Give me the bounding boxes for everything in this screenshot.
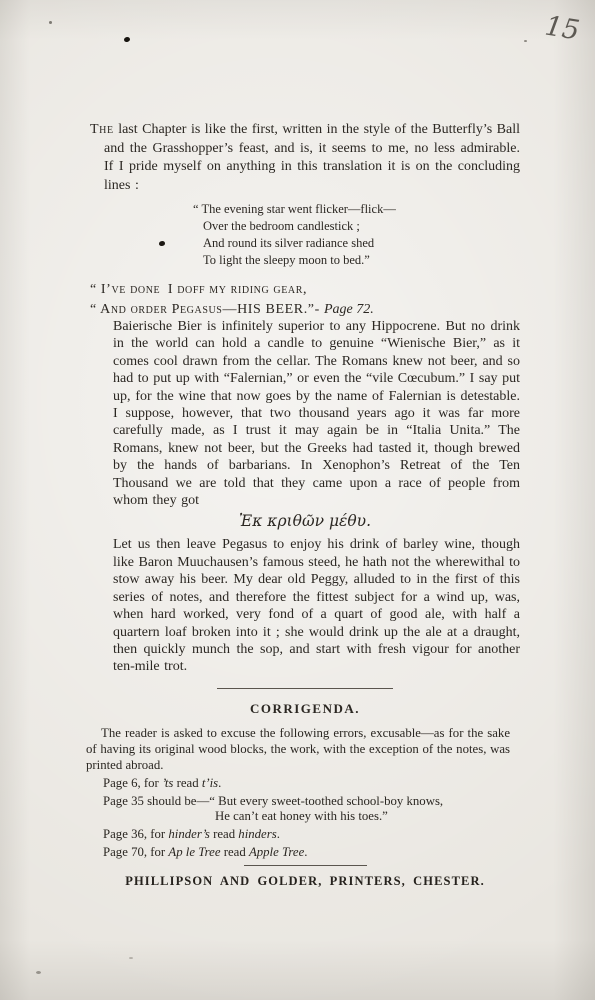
attribution-text: “ I’ve done I doff my riding gear, xyxy=(90,282,307,297)
printer-imprint: PHILLIPSON AND GOLDER, PRINTERS, CHESTER… xyxy=(90,874,520,889)
ink-spot xyxy=(123,36,130,42)
verse-line: Over the bedroom candlestick ; xyxy=(203,218,520,235)
correction-text: read xyxy=(173,776,201,790)
correction-text: read xyxy=(221,845,249,859)
attribution-text: “ And order Pegasus—HIS BEER.”- xyxy=(90,302,324,317)
section-divider xyxy=(217,688,393,689)
corrigenda-list: Page 6, for ’ts read t’is. Page 35 shoul… xyxy=(103,776,520,860)
correction-text: . xyxy=(277,827,280,841)
handwritten-page-number: 15 xyxy=(543,11,582,47)
verse-quote: “ The evening star went flicker—flick— O… xyxy=(193,201,520,269)
correction-error: ’ts xyxy=(162,776,173,790)
verse-line: “ The evening star went flicker—flick— xyxy=(193,201,520,218)
correction-text: Page 36, for xyxy=(103,827,168,841)
ink-speck xyxy=(49,21,52,24)
greek-phrase: Ἐκ κριθῶν μέθυ. xyxy=(90,511,520,531)
attribution-line-1: “ I’ve done I doff my riding gear, xyxy=(90,280,520,300)
corrigenda-heading: CORRIGENDA. xyxy=(90,701,520,717)
correction-fix: t’is xyxy=(202,776,218,790)
correction-error: Ap le Tree xyxy=(168,845,220,859)
correction-text: Page 70, for xyxy=(103,845,168,859)
intro-paragraph: The last Chapter is like the first, writ… xyxy=(104,121,520,195)
correction-text: Page 35 should be—“ But every sweet-toot… xyxy=(103,794,443,808)
corrigenda-intro: The reader is asked to excuse the follow… xyxy=(86,725,510,773)
correction-fix: hinders xyxy=(238,827,276,841)
correction-fix: Apple Tree xyxy=(249,845,304,859)
corrigenda-item-1: Page 6, for ’ts read t’is. xyxy=(103,776,520,791)
correction-text: Page 6, for xyxy=(103,776,162,790)
ink-speck xyxy=(36,971,41,974)
corrigenda-item-3: Page 36, for hinder’s read hinders. xyxy=(103,827,520,842)
intro-text: last Chapter is like the first, written … xyxy=(104,122,520,193)
quote-attribution: “ I’ve done I doff my riding gear, “ And… xyxy=(90,280,520,320)
page-content: The last Chapter is like the first, writ… xyxy=(90,121,520,889)
correction-text: read xyxy=(210,827,238,841)
correction-quote-line: He can’t eat honey with his toes.” xyxy=(215,809,520,824)
corrigenda-item-2: Page 35 should be—“ But every sweet-toot… xyxy=(103,794,520,824)
ink-speck xyxy=(524,40,527,42)
verse-line: And round its silver radiance shed xyxy=(203,235,520,252)
correction-error: hinder’s xyxy=(168,827,209,841)
note-paragraph-pegasus: Let us then leave Pegasus to enjoy his d… xyxy=(113,536,520,675)
note-paragraph-beer: Baierische Bier is infinitely superior t… xyxy=(113,318,520,509)
lead-word: The xyxy=(90,122,114,137)
attribution-line-2: “ And order Pegasus—HIS BEER.”- Page 72. xyxy=(90,300,520,320)
correction-text: . xyxy=(304,845,307,859)
corrigenda-item-4: Page 70, for Ap le Tree read Apple Tree. xyxy=(103,845,520,860)
verse-line: To light the sleepy moon to bed.” xyxy=(203,252,520,269)
book-page-scan: 15 The last Chapter is like the first, w… xyxy=(0,0,595,1000)
correction-text: . xyxy=(218,776,221,790)
ink-speck xyxy=(129,957,133,959)
section-divider xyxy=(244,865,367,866)
page-reference: Page 72. xyxy=(324,302,374,317)
